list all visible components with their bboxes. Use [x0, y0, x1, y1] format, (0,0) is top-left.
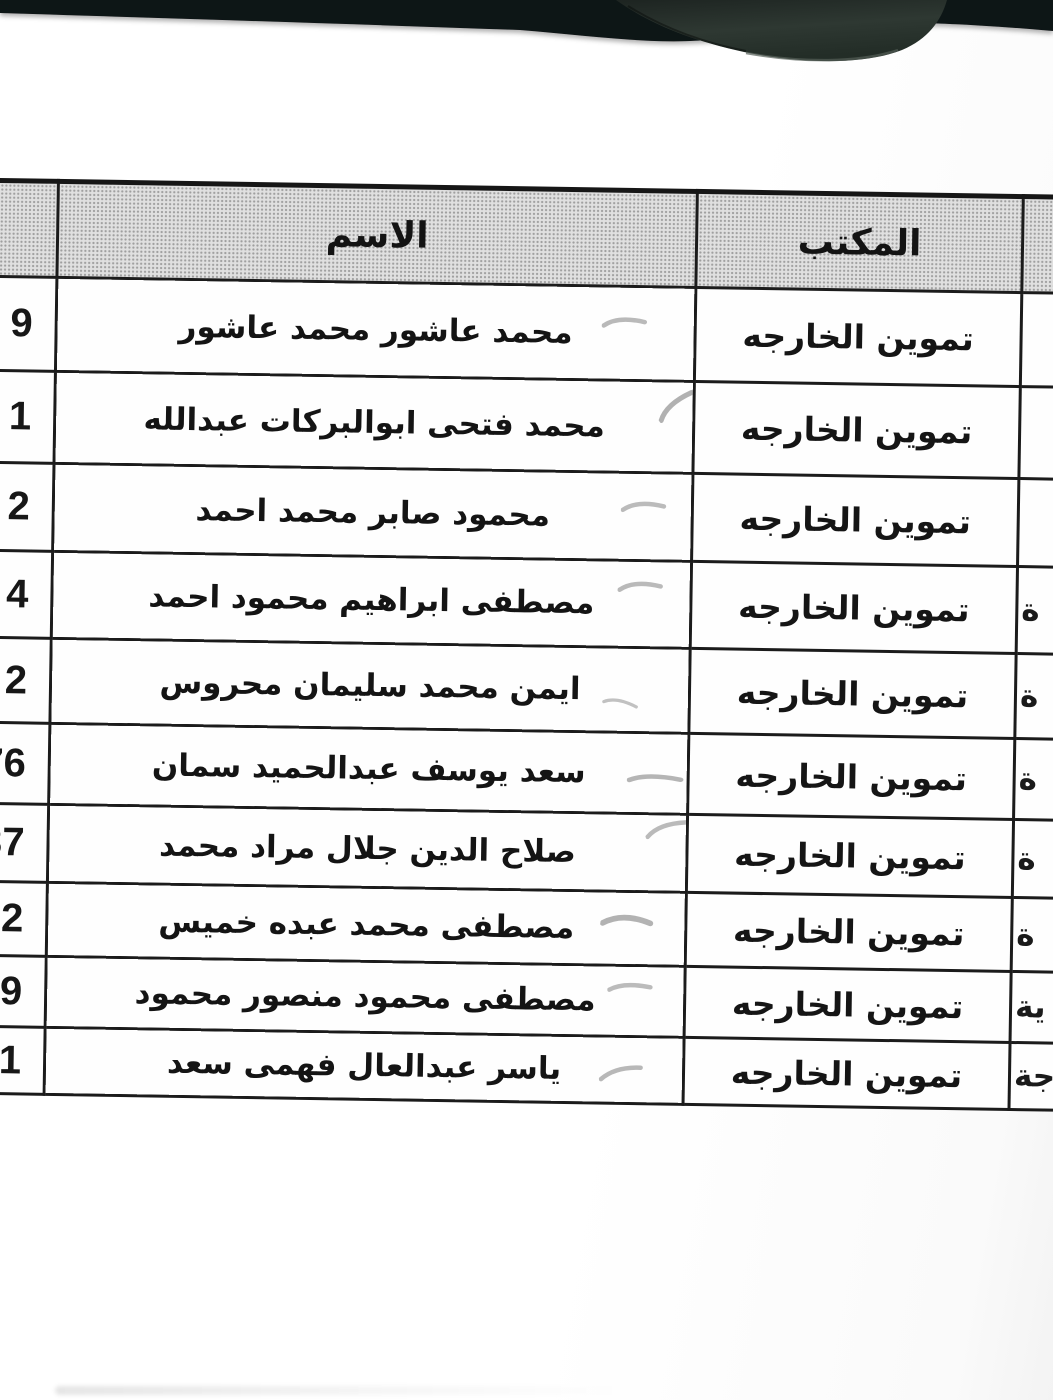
serial-cell: 9: [0, 276, 57, 372]
pencil-tick-icon: [652, 384, 694, 425]
person-name: مصطفى محمود منصور محمود: [134, 975, 596, 1018]
office-cell: تموين الخارجه: [692, 473, 1019, 566]
pencil-tick-icon: [597, 1060, 645, 1083]
right-partial-cell: [1020, 293, 1053, 389]
office-cell: تموين الخارجه: [690, 561, 1017, 653]
header-row: الاسم المكتب: [0, 180, 1053, 295]
right-partial-cell: جة: [1009, 1042, 1053, 1111]
office-column-header: المكتب: [696, 191, 1023, 292]
person-name: صلاح الدين جلال مراد محمد: [159, 827, 576, 870]
table-row: 1 محمد فتحى ابوالبركات عبدالله تموين الخ…: [0, 369, 1053, 480]
pencil-tick-icon: [607, 979, 653, 996]
name-cell: مصطفى محمد عبده خميس: [46, 882, 686, 966]
office-cell: تموين الخارجه: [683, 1037, 1010, 1109]
name-cell: مصطفى محمود منصور محمود: [45, 956, 685, 1037]
pencil-tick-icon: [643, 814, 688, 841]
right-column-header: [1022, 197, 1053, 295]
person-name: مصطفى محمد عبده خميس: [158, 903, 574, 946]
pencil-tick-icon: [621, 498, 667, 515]
office-cell: تموين الخارجه: [688, 733, 1015, 819]
serial-cell: 1: [0, 369, 55, 463]
office-cell: تموين الخارجه: [689, 648, 1016, 738]
office-cell: تموين الخارجه: [685, 892, 1012, 971]
person-name: محمود صابر محمد احمد: [195, 492, 550, 534]
person-name: مصطفى ابراهيم محمود احمد: [148, 578, 594, 621]
serial-cell: 4: [0, 549, 53, 638]
serial-cell: 2: [0, 461, 54, 551]
serial-cell: 76: [0, 721, 50, 804]
roster-table: الاسم المكتب 9 محمد عاشور محمد عاشور تمو…: [0, 177, 1053, 1113]
person-name: محمد عاشور محمد عاشور: [178, 308, 573, 350]
serial-cell: 19: [0, 954, 46, 1027]
name-column-header: الاسم: [57, 181, 697, 287]
document-photo: الاسم المكتب 9 محمد عاشور محمد عاشور تمو…: [0, 0, 1053, 1400]
bottom-smudge: [55, 1386, 625, 1395]
right-partial-cell: ية: [1010, 971, 1053, 1044]
pencil-tick-icon: [600, 908, 655, 934]
person-name: سعد يوسف عبدالحميد سمان: [152, 747, 586, 790]
name-cell: محمود صابر محمد احمد: [53, 463, 693, 561]
name-cell: ياسر عبدالعال فهمى سعد: [44, 1027, 684, 1104]
serial-cell: 31: [0, 1025, 45, 1094]
right-partial-cell: [1019, 387, 1053, 481]
name-cell: مصطفى ابراهيم محمود احمد: [51, 551, 691, 648]
right-partial-cell: ة: [1012, 819, 1053, 899]
office-cell: تموين الخارجه: [684, 966, 1011, 1042]
serial-column-header: [0, 180, 58, 278]
office-cell: تموين الخارجه: [693, 381, 1020, 478]
office-cell: تموين الخارجه: [686, 814, 1013, 897]
person-name: محمد فتحى ابوالبركات عبدالله: [143, 401, 605, 444]
serial-cell: 52: [0, 880, 47, 956]
office-cell: تموين الخارجه: [694, 287, 1021, 386]
table-row: 9 محمد عاشور محمد عاشور تموين الخارجه: [0, 276, 1053, 389]
name-cell: محمد فتحى ابوالبركات عبدالله: [54, 371, 694, 473]
pencil-tick-icon: [627, 770, 685, 787]
right-partial-cell: ة: [1016, 567, 1053, 656]
name-cell: صلاح الدين جلال مراد محمد: [47, 804, 687, 892]
right-partial-cell: ة: [1014, 738, 1053, 821]
serial-cell: 37: [0, 802, 49, 882]
pencil-tick-icon: [602, 313, 648, 330]
serial-cell: 2: [0, 636, 51, 723]
person-name: ايمن محمد سليمان محروس: [159, 665, 581, 708]
name-cell: سعد يوسف عبدالحميد سمان: [49, 723, 689, 814]
top-dark-objects: [0, 0, 1053, 130]
right-partial-cell: ة: [1011, 897, 1053, 973]
right-partial-cell: [1018, 479, 1053, 569]
right-partial-cell: ة: [1015, 654, 1053, 741]
pencil-tick-icon: [601, 692, 640, 714]
person-name: ياسر عبدالعال فهمى سعد: [167, 1045, 562, 1087]
pencil-tick-icon: [618, 578, 664, 595]
name-cell: محمد عاشور محمد عاشور: [55, 277, 695, 381]
name-cell: ايمن محمد سليمان محروس: [50, 638, 690, 733]
